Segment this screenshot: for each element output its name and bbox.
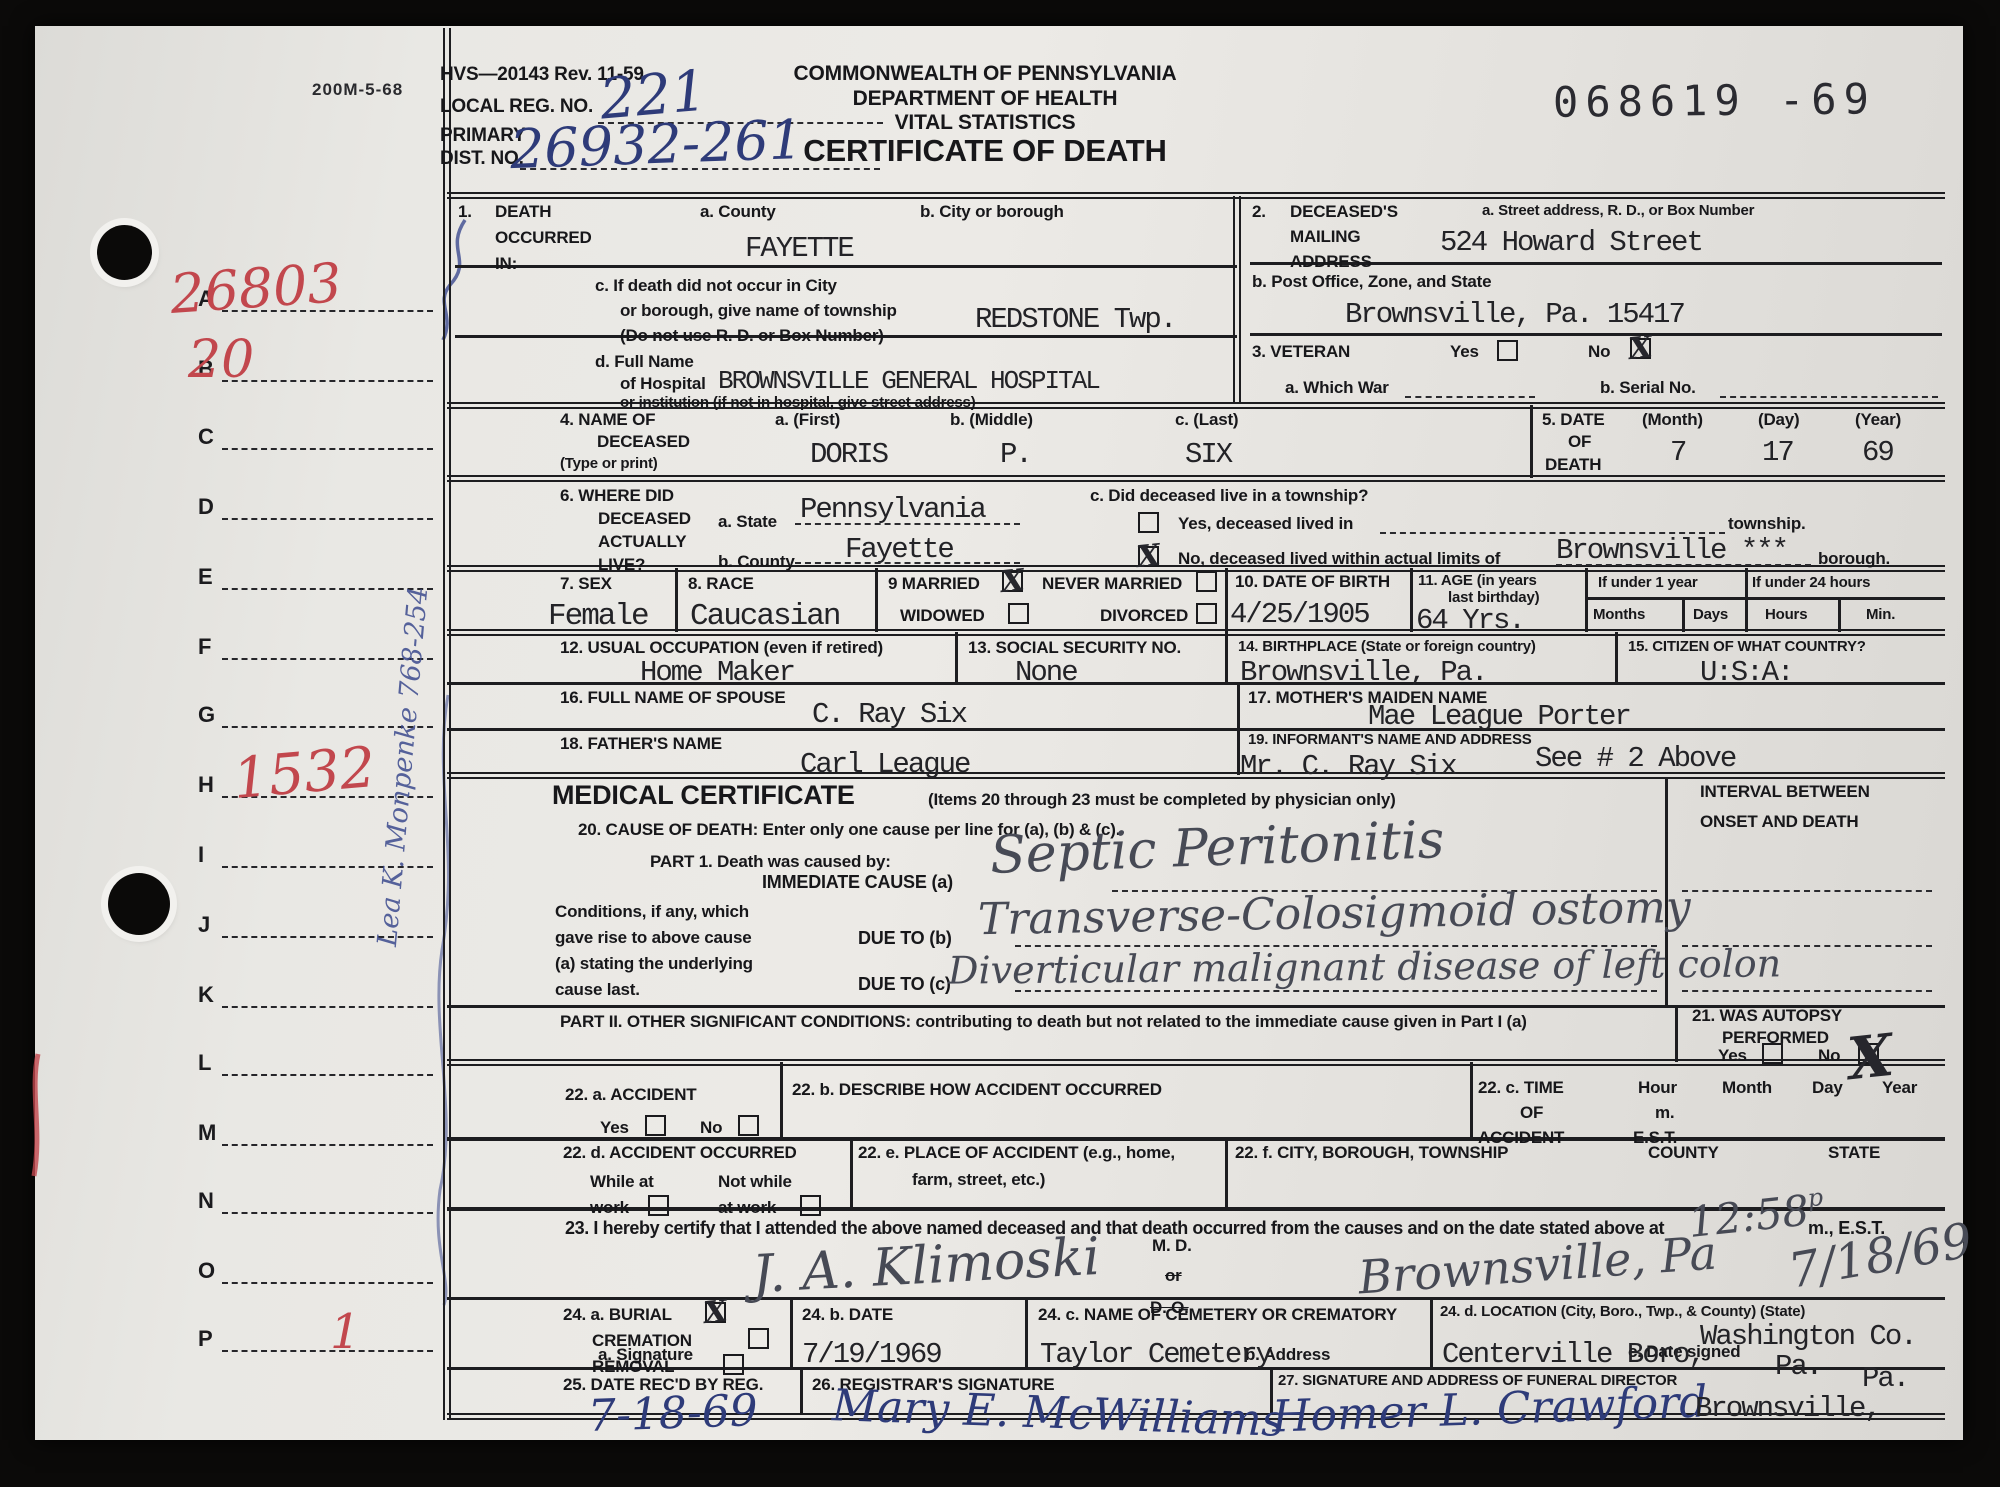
s12-occupation-value: Home Maker <box>640 658 794 687</box>
s15-citizen-label: 15. CITIZEN OF WHAT COUNTRY? <box>1628 638 1866 655</box>
s1d-label1: d. Full Name <box>595 352 694 372</box>
s11-hours-label: Hours <box>1765 606 1807 623</box>
stub-line <box>222 1282 433 1284</box>
s1c-label2: or borough, give name of township <box>620 301 897 321</box>
s20-part1-label: PART 1. Death was caused by: <box>650 852 891 872</box>
stub-row-k: K <box>198 982 433 1008</box>
ink-squiggle <box>26 1050 48 1180</box>
stub-row-m: M <box>198 1120 433 1146</box>
s22d-atwork-checkbox <box>800 1195 821 1216</box>
s23-certify-text: 23. I hereby certify that I attended the… <box>565 1218 1664 1239</box>
s22c-hour-label: Hour <box>1638 1078 1677 1098</box>
s5-year-label: (Year) <box>1855 410 1901 430</box>
form-left-border <box>443 28 451 1420</box>
s2-label2: MAILING <box>1290 227 1360 247</box>
ink-squiggle <box>425 215 485 345</box>
s22b-describe-label: 22. b. DESCRIBE HOW ACCIDENT OCCURRED <box>792 1080 1162 1100</box>
s22d-occurred-label: 22. d. ACCIDENT OCCURRED <box>563 1143 797 1163</box>
s24-burial-checkbox: X <box>705 1302 726 1323</box>
interval-label2: ONSET AND DEATH <box>1700 812 1859 832</box>
s25-date-recd-value: 7-18-69 <box>587 1389 758 1439</box>
s22c-time-label1: 22. c. TIME <box>1478 1078 1564 1098</box>
stub-line <box>222 1074 433 1076</box>
s22c-month-label: Month <box>1722 1078 1772 1098</box>
s19-informant-note: See # 2 Above <box>1535 744 1735 773</box>
rule <box>790 1297 793 1367</box>
s6-county-line <box>795 562 1020 564</box>
s27-funeral-director-signature: Homer L. Crawford <box>1271 1380 1708 1439</box>
stub-letter: F <box>198 634 211 660</box>
s11-days-label: Days <box>1693 606 1728 623</box>
certificate-number: 068619 -69 <box>1553 74 1876 126</box>
s9-divorced-label: DIVORCED <box>1100 606 1188 626</box>
s2-label1: DECEASED'S <box>1290 202 1398 222</box>
header-commonwealth: COMMONWEALTH OF PENNSYLVANIA <box>760 62 1210 86</box>
s2a-street-value: 524 Howard Street <box>1440 228 1702 257</box>
s23-address-handwriting: Brownsville, Pa <box>1357 1230 1718 1301</box>
s9-married-checkbox: X <box>1002 571 1023 592</box>
s8-race-value: Caucasian <box>690 601 839 632</box>
s22a-no-checkbox <box>738 1115 759 1136</box>
s6-label4: LIVE? <box>598 555 645 575</box>
conditions-note4: cause last. <box>555 980 640 1000</box>
rule <box>1250 333 1942 336</box>
rule <box>1838 597 1841 632</box>
s6c-no-checkbox: X <box>1138 546 1159 567</box>
stub-row-e: E <box>198 564 433 590</box>
s24d-location-value2: Washington Co. <box>1700 1322 1916 1351</box>
s1c-township-value: REDSTONE Twp. <box>975 305 1175 334</box>
cause-c-handwriting: Diverticular malignant disease of left c… <box>948 944 1781 989</box>
page-title: CERTIFICATE OF DEATH <box>735 133 1235 169</box>
s22d-notwhile-label: Not while <box>718 1172 792 1192</box>
s23-physician-signature: J. A. Klimoski <box>751 1231 1101 1301</box>
rule <box>1233 196 1241 402</box>
interval-b-line <box>1682 945 1932 947</box>
s16-spouse-value: C. Ray Six <box>812 700 966 729</box>
s24-removal-label: REMOVAL <box>592 1357 674 1377</box>
s3-no-checkbox: X <box>1630 338 1651 359</box>
s10-dob-value: 4/25/1905 <box>1230 600 1369 629</box>
s9-married-label: 9 MARRIED <box>888 574 980 594</box>
s24-burial-label: 24. a. BURIAL <box>563 1305 672 1325</box>
stub-letter: L <box>198 1050 211 1076</box>
stub-row-c: C <box>198 424 433 450</box>
stub-red-value: 1532 <box>231 740 378 808</box>
s9-widowed-label: WIDOWED <box>900 606 985 626</box>
punch-hole <box>108 873 170 935</box>
rule <box>447 475 1945 482</box>
conditions-note3: (a) stating the underlying <box>555 954 753 974</box>
stub-letter: K <box>198 982 214 1008</box>
s6-state-label: a. State <box>718 512 777 532</box>
interval-a-line <box>1682 890 1932 892</box>
s4-first-value: DORIS <box>810 440 887 469</box>
s26-registrar-signature: Mary E. McWilliams <box>831 1384 1284 1444</box>
s2-num: 2. <box>1252 202 1266 222</box>
stub-red-value: 1 <box>330 1308 361 1356</box>
s1c-label1: c. If death did not occur in City <box>595 276 837 296</box>
header-department: DEPARTMENT OF HEALTH <box>760 87 1210 111</box>
stub-letter: I <box>198 842 204 868</box>
s24d-location-label: 24. d. LOCATION (City, Boro., Twp., & Co… <box>1440 1303 1805 1320</box>
s1-label3: IN: <box>495 254 517 274</box>
stub-letter: G <box>198 702 215 728</box>
s1d-label2: of Hospital <box>620 374 706 394</box>
s3-yes-checkbox <box>1497 340 1518 361</box>
s5-year-value: 69 <box>1862 438 1893 467</box>
interval-label1: INTERVAL BETWEEN <box>1700 782 1870 802</box>
s22d-atwork-label: at work <box>718 1198 776 1218</box>
stub-letter: D <box>198 494 214 520</box>
s1d-hospital-value: BROWNSVILLE GENERAL HOSPITAL <box>718 368 1099 394</box>
rule <box>1470 1062 1473 1137</box>
stub-letter: P <box>198 1326 213 1352</box>
s3-no-label: No <box>1588 342 1610 362</box>
print-run-stamp: 200M-5-68 <box>312 80 403 100</box>
s3b-line <box>1720 396 1938 398</box>
s22c-day-label: Day <box>1812 1078 1843 1098</box>
rule <box>875 568 878 632</box>
stub-row-d: D <box>198 494 433 520</box>
s2-label3: ADDRESS <box>1290 252 1372 272</box>
s5-label2: OF <box>1568 432 1591 452</box>
rule <box>447 1297 1945 1300</box>
stub-letter: M <box>198 1120 216 1146</box>
s22c-m-label: m. <box>1655 1103 1674 1123</box>
s4-last-value: SIX <box>1185 440 1231 469</box>
s6c-no-text: No, deceased lived within actual limits … <box>1178 549 1500 569</box>
rule <box>1745 568 1748 632</box>
stub-letter: O <box>198 1258 215 1284</box>
s6-county-value: Fayette <box>845 535 953 564</box>
s24-cremation-label: CREMATION <box>592 1331 692 1351</box>
due-b-label: DUE TO (b) <box>858 928 952 949</box>
stub-line <box>222 1006 433 1008</box>
rule <box>447 728 1945 731</box>
s6c-yes-checkbox <box>1138 512 1159 533</box>
s6-label2: DECEASED <box>598 509 691 529</box>
s22d-work-label: work <box>590 1198 629 1218</box>
s19-informant-value: Mr. C. Ray Six <box>1240 752 1456 781</box>
s1b-city-label: b. City or borough <box>920 202 1064 222</box>
stub-line <box>222 1350 433 1352</box>
s24c-cemetery-label: 24. c. NAME OF CEMETERY OR CREMATORY <box>1038 1305 1397 1325</box>
rule <box>1025 1297 1028 1367</box>
s9-never-married-checkbox <box>1196 571 1217 592</box>
interval-c-line <box>1682 990 1932 992</box>
stub-line <box>222 1144 433 1146</box>
stub-red-value: 20 <box>188 334 254 386</box>
rule <box>1585 568 1588 632</box>
medical-certificate-subtitle: (Items 20 through 23 must be completed b… <box>928 790 1396 810</box>
rule <box>780 1062 783 1137</box>
s1-num: 1. <box>458 202 472 222</box>
s24d-location-value3: Pa. <box>1775 1352 1821 1381</box>
s19-informant-label: 19. INFORMANT'S NAME AND ADDRESS <box>1248 731 1532 748</box>
s21-autopsy-label1: 21. WAS AUTOPSY <box>1692 1006 1842 1026</box>
rule <box>1682 597 1685 632</box>
stub-letter: H <box>198 772 214 798</box>
s23-or-label: or <box>1165 1266 1182 1286</box>
s21-no-checkbox: X <box>1858 1043 1879 1064</box>
s5-month-value: 7 <box>1670 438 1685 467</box>
conditions-note2: gave rise to above cause <box>555 928 751 948</box>
s4-label3: (Type or print) <box>560 455 658 472</box>
x-mark: X <box>1627 330 1654 367</box>
s6c-township-label: c. Did deceased live in a township? <box>1090 486 1368 506</box>
stub-red-value: 26803 <box>168 256 343 322</box>
medical-certificate-title: MEDICAL CERTIFICATE <box>552 780 855 811</box>
s7-sex-label: 7. SEX <box>560 574 612 594</box>
stub-line <box>222 1212 433 1214</box>
cause-b-handwriting: Transverse-Colosigmoid ostomy <box>978 886 1691 942</box>
s7-sex-value: Female <box>548 601 648 632</box>
stub-row-l: L <box>198 1050 433 1076</box>
due-c-label: DUE TO (c) <box>858 974 951 995</box>
stub-line <box>222 588 433 590</box>
rule <box>1225 1137 1228 1207</box>
s6-label3: ACTUALLY <box>598 532 686 552</box>
s1-label: DEATH <box>495 202 551 222</box>
s3-yes-label: Yes <box>1450 342 1479 362</box>
s24-cremation-checkbox <box>748 1328 769 1349</box>
s27-pa-value: Pa. <box>1862 1364 1908 1393</box>
s22e-place-label2: farm, street, etc.) <box>912 1170 1045 1190</box>
rule <box>955 632 958 682</box>
s23-time-sup: p <box>1806 1183 1824 1212</box>
s4-label1: 4. NAME OF <box>560 410 655 430</box>
header-vital: VITAL STATISTICS <box>760 111 1210 135</box>
rule <box>850 1137 853 1207</box>
s1-label2: OCCURRED <box>495 228 592 248</box>
stub-line <box>222 518 433 520</box>
s21-no-label: No <box>1818 1046 1840 1066</box>
s22d-while-label: While at <box>590 1172 654 1192</box>
s24c-cemetery-value: Taylor Cemetery <box>1040 1340 1271 1369</box>
s6-state-line <box>795 523 1020 525</box>
s24-removal-checkbox <box>723 1354 744 1375</box>
rule <box>1225 632 1228 682</box>
s5-day-label: (Day) <box>1758 410 1800 430</box>
s6c-no-city-value: Brownsville *** <box>1556 536 1787 565</box>
s4-middle-value: P. <box>1000 440 1031 469</box>
rule <box>675 568 678 632</box>
s18-father-label: 18. FATHER'S NAME <box>560 734 722 754</box>
s11-under1-label: If under 1 year <box>1598 574 1698 591</box>
s22f-city-label: 22. f. CITY, BOROUGH, TOWNSHIP <box>1235 1143 1508 1163</box>
s11-age-value: 64 Yrs. <box>1416 606 1524 635</box>
s4-last-label: c. (Last) <box>1175 410 1238 430</box>
rule <box>1615 632 1618 682</box>
s3a-line <box>1405 396 1535 398</box>
s4-middle-label: b. (Middle) <box>950 410 1033 430</box>
s9-divorced-checkbox <box>1196 603 1217 624</box>
s20-immediate-label: IMMEDIATE CAUSE (a) <box>762 872 953 893</box>
stub-row-p: P1 <box>198 1326 433 1352</box>
s17-mother-value: Mae League Porter <box>1368 702 1630 731</box>
rule <box>800 1367 803 1415</box>
s8-race-label: 8. RACE <box>688 574 754 594</box>
s6-label1: 6. WHERE DID <box>560 486 674 506</box>
s22d-work-checkbox <box>648 1195 669 1216</box>
rule <box>455 265 1237 268</box>
s5-label3: DEATH <box>1545 455 1601 475</box>
s11-under24-label: If under 24 hours <box>1752 574 1870 591</box>
rule <box>1530 405 1533 478</box>
s27-address-value: Brownsville, <box>1695 1394 1880 1423</box>
rule <box>1585 597 1945 600</box>
s9-widowed-checkbox <box>1008 603 1029 624</box>
s21-yes-checkbox <box>1762 1043 1783 1064</box>
punch-hole <box>97 225 152 280</box>
s1a-county-label: a. County <box>700 202 776 222</box>
s3-veteran-label: 3. VETERAN <box>1252 342 1350 362</box>
s6c-yes-text: Yes, deceased lived in <box>1178 514 1353 534</box>
stub-row-o: O <box>198 1258 433 1284</box>
stub-row-n: N <box>198 1188 433 1214</box>
s4-first-label: a. (First) <box>775 410 840 430</box>
scanned-death-certificate: 200M-5-68 A26803 B20 C D E F G H1532 I J… <box>0 0 2000 1487</box>
s5-label1: 5. DATE <box>1542 410 1605 430</box>
s22a-yes-checkbox <box>645 1115 666 1136</box>
x-mark: X <box>999 563 1026 600</box>
s18-father-value: Carl League <box>800 750 969 779</box>
stub-letter: C <box>198 424 214 450</box>
s14-birthplace-label: 14. BIRTHPLACE (State or foreign country… <box>1238 638 1536 655</box>
s6c-no-line <box>1556 564 1811 566</box>
s22e-place-label1: 22. e. PLACE OF ACCIDENT (e.g., home, <box>858 1143 1175 1163</box>
s13-ssn-value: None <box>1015 658 1077 687</box>
local-reg-label: LOCAL REG. NO. <box>440 96 593 118</box>
s2b-postoffice-label: b. Post Office, Zone, and State <box>1252 272 1491 292</box>
s11-months-label: Months <box>1593 606 1645 623</box>
s24d-location-value1: Centerville Boro, <box>1442 1340 1704 1369</box>
s22f-county-label: COUNTY <box>1648 1143 1719 1163</box>
rule <box>1225 568 1228 632</box>
s12-occupation-label: 12. USUAL OCCUPATION (even if retired) <box>560 638 883 658</box>
s2b-postoffice-value: Brownsville, Pa. 15417 <box>1345 300 1684 329</box>
s5-day-value: 17 <box>1762 438 1793 467</box>
part2-label: PART II. OTHER SIGNIFICANT CONDITIONS: c… <box>560 1012 1527 1032</box>
stub-row-a: A26803 <box>198 286 433 312</box>
x-mark: X <box>1135 538 1162 575</box>
s1a-county-value: FAYETTE <box>745 234 853 263</box>
s3a-whichwar-label: a. Which War <box>1285 378 1389 398</box>
s3b-serial-label: b. Serial No. <box>1600 378 1696 398</box>
s22c-year-label: Year <box>1882 1078 1917 1098</box>
s16-spouse-label: 16. FULL NAME OF SPOUSE <box>560 688 786 708</box>
s14-birthplace-value: Brownsville, Pa. <box>1240 658 1486 687</box>
s10-dob-label: 10. DATE OF BIRTH <box>1235 572 1390 592</box>
s24b-date-value: 7/19/1969 <box>802 1340 941 1369</box>
stub-letter: J <box>198 912 210 938</box>
s5-month-label: (Month) <box>1642 410 1703 430</box>
stub-letter: E <box>198 564 213 590</box>
s6c-no-tail: borough. <box>1818 549 1890 569</box>
s11-age-label1: 11. AGE (in years <box>1418 572 1537 589</box>
rule <box>1430 1297 1433 1367</box>
s1c-label3: (Do not use R. D. or Box Number) <box>620 326 884 346</box>
s22c-time-label2: OF <box>1520 1103 1543 1123</box>
s24b-date-label: 24. b. DATE <box>802 1305 893 1325</box>
s22a-yes-label: Yes <box>600 1118 629 1138</box>
s6-state-value: Pennsylvania <box>800 495 985 524</box>
s4-label2: DECEASED <box>597 432 690 452</box>
s6c-yes-tail: township. <box>1728 514 1806 534</box>
stub-line <box>222 448 433 450</box>
rule <box>1410 568 1413 632</box>
x-mark: X <box>702 1294 729 1331</box>
conditions-note1: Conditions, if any, which <box>555 902 749 922</box>
s9-never-married-label: NEVER MARRIED <box>1042 574 1182 594</box>
rule <box>447 1137 1945 1141</box>
rule <box>447 192 1945 199</box>
s6-county-label: b. County <box>718 552 795 572</box>
rule <box>1675 1005 1678 1062</box>
stub-row-b: B20 <box>198 356 433 382</box>
stub-letter: N <box>198 1188 214 1214</box>
s22a-no-label: No <box>700 1118 722 1138</box>
s1d-label3: or institution (if not in hospital, give… <box>620 394 976 411</box>
s13-ssn-label: 13. SOCIAL SECURITY NO. <box>968 638 1181 658</box>
s21-yes-label: Yes <box>1718 1046 1747 1066</box>
s22a-accident-label: 22. a. ACCIDENT <box>565 1085 696 1105</box>
s11-min-label: Min. <box>1866 606 1895 623</box>
cause-a-handwriting: Septic Peritonitis <box>989 814 1445 882</box>
rule <box>447 629 1945 636</box>
s2a-street-label: a. Street address, R. D., or Box Number <box>1482 202 1754 219</box>
s22f-state-label: STATE <box>1828 1143 1880 1163</box>
s15-citizen-value: U:S:A: <box>1700 658 1792 687</box>
s23-md-label: M. D. <box>1152 1236 1192 1256</box>
